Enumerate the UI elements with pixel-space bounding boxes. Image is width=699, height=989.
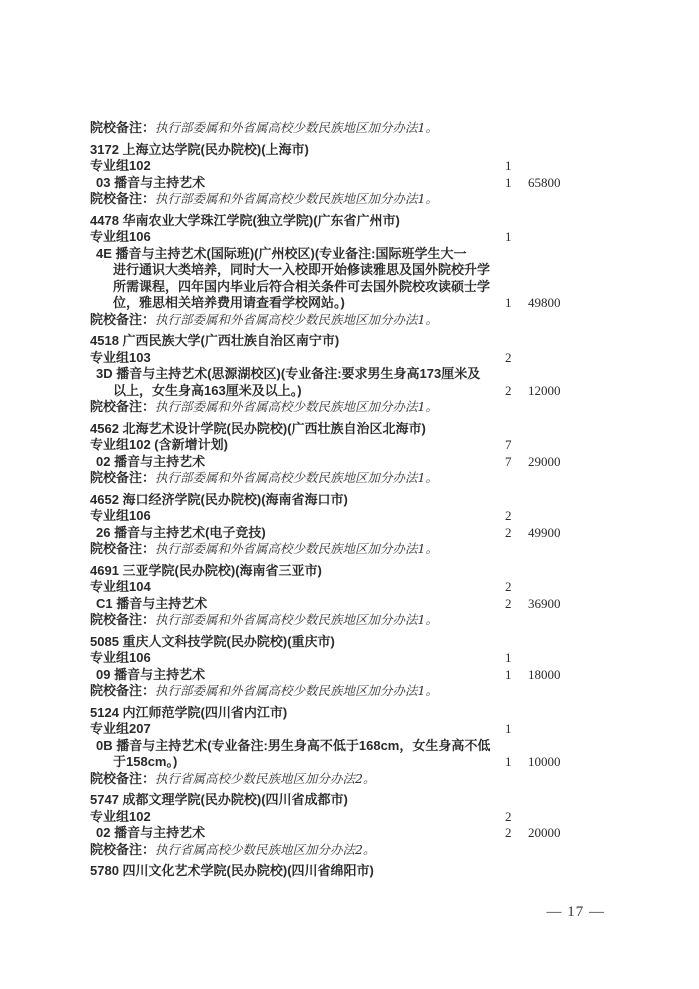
note-line: 院校备注：执行部委属和外省属高校少数民族地区加分办法1。: [90, 470, 615, 487]
program-fee: 49800: [528, 295, 561, 312]
school-line: 4478 华南农业大学珠江学院(独立学院)(广东省广州市): [90, 213, 615, 230]
program-fee: 65800: [528, 175, 561, 192]
note-text: 执行省属高校少数民族地区加分办法2。: [155, 842, 375, 857]
note-line: 院校备注：执行部委属和外省属高校少数民族地区加分办法1。: [90, 191, 615, 208]
admission-list: 院校备注：执行部委属和外省属高校少数民族地区加分办法1。 3172 上海立达学院…: [90, 120, 615, 880]
program-line: 0B 播音与主持艺术(专业备注:男生身高不低于168cm，女生身高不低: [90, 738, 615, 755]
group-label: 专业组102: [90, 809, 151, 824]
note-label: 院校备注：: [90, 312, 155, 327]
program-name: 3D 播音与主持艺术(思源湖校区)(专业备注:要求男生身高173厘米及: [96, 366, 480, 381]
school-line: 5747 成都文理学院(民办院校)(四川省成都市): [90, 792, 615, 809]
program-plan-count: 1: [505, 175, 527, 192]
note-text: 执行部委属和外省属高校少数民族地区加分办法1。: [155, 120, 438, 135]
program-name: 26 播音与主持艺术(电子竞技): [96, 525, 266, 540]
program-name: 4E 播音与主持艺术(国际班)(广州校区)(专业备注:国际班学生大一: [96, 246, 467, 261]
note-line: 院校备注：执行部委属和外省属高校少数民族地区加分办法1。: [90, 683, 615, 700]
group-line: 专业组2071: [90, 721, 615, 738]
note-label: 院校备注：: [90, 683, 155, 698]
school-line: 4562 北海艺术设计学院(民办院校)(广西壮族自治区北海市): [90, 421, 615, 438]
group-label: 专业组207: [90, 721, 151, 736]
note-label: 院校备注：: [90, 842, 155, 857]
note-line: 院校备注：执行省属高校少数民族地区加分办法2。: [90, 771, 615, 788]
group-line: 专业组1032: [90, 350, 615, 367]
program-line-continuation: 于158cm。)110000: [90, 754, 615, 771]
program-line: 26 播音与主持艺术(电子竞技)249900: [90, 525, 615, 542]
note-line: 院校备注：执行部委属和外省属高校少数民族地区加分办法1。: [90, 612, 615, 629]
program-name: 0B 播音与主持艺术(专业备注:男生身高不低于168cm，女生身高不低: [96, 738, 490, 753]
program-plan-count: 2: [505, 825, 527, 842]
note-label: 院校备注：: [90, 191, 155, 206]
program-line: 09 播音与主持艺术118000: [90, 667, 615, 684]
school-line: 4691 三亚学院(民办院校)(海南省三亚市): [90, 563, 615, 580]
group-plan-count: 2: [505, 508, 527, 525]
program-name: 位，雅思相关培养费用请查看学校网站。): [113, 295, 345, 310]
group-plan-count: 2: [505, 579, 527, 596]
group-label: 专业组103: [90, 350, 151, 365]
program-fee: 12000: [528, 383, 561, 400]
school-line: 5780 四川文化艺术学院(民办院校)(四川省绵阳市): [90, 863, 615, 880]
program-line: 3D 播音与主持艺术(思源湖校区)(专业备注:要求男生身高173厘米及: [90, 366, 615, 383]
program-plan-count: 2: [505, 383, 527, 400]
group-line: 专业组102 (含新增计划)7: [90, 437, 615, 454]
group-line: 专业组1022: [90, 809, 615, 826]
group-label: 专业组102 (含新增计划): [90, 437, 228, 452]
program-line: 4E 播音与主持艺术(国际班)(广州校区)(专业备注:国际班学生大一: [90, 246, 615, 263]
program-fee: 10000: [528, 754, 561, 771]
note-text: 执行部委属和外省属高校少数民族地区加分办法1。: [155, 470, 438, 485]
note-text: 执行省属高校少数民族地区加分办法2。: [155, 771, 375, 786]
program-line: 03 播音与主持艺术165800: [90, 175, 615, 192]
note-text: 执行部委属和外省属高校少数民族地区加分办法1。: [155, 191, 438, 206]
program-name: 于158cm。): [113, 754, 177, 769]
program-plan-count: 1: [505, 754, 527, 771]
group-plan-count: 2: [505, 809, 527, 826]
program-name: 进行通识大类培养，同时大一入校即开始修读雅思及国外院校升学: [113, 262, 490, 277]
school-line: 4652 海口经济学院(民办院校)(海南省海口市): [90, 492, 615, 509]
program-name: 02 播音与主持艺术: [96, 825, 205, 840]
note-line: 院校备注：执行部委属和外省属高校少数民族地区加分办法1。: [90, 541, 615, 558]
group-line: 专业组1061: [90, 650, 615, 667]
group-plan-count: 7: [505, 437, 527, 454]
school-line: 4518 广西民族大学(广西壮族自治区南宁市): [90, 333, 615, 350]
note-text: 执行部委属和外省属高校少数民族地区加分办法1。: [155, 541, 438, 556]
note-text: 执行部委属和外省属高校少数民族地区加分办法1。: [155, 612, 438, 627]
group-plan-count: 1: [505, 650, 527, 667]
note-text: 执行部委属和外省属高校少数民族地区加分办法1。: [155, 683, 438, 698]
program-line: 02 播音与主持艺术220000: [90, 825, 615, 842]
note-label: 院校备注：: [90, 771, 155, 786]
note-label: 院校备注：: [90, 470, 155, 485]
program-line-continuation: 进行通识大类培养，同时大一入校即开始修读雅思及国外院校升学: [90, 262, 615, 279]
program-plan-count: 1: [505, 667, 527, 684]
program-fee: 18000: [528, 667, 561, 684]
note-label: 院校备注：: [90, 120, 155, 135]
program-plan-count: 2: [505, 596, 527, 613]
program-line: C1 播音与主持艺术236900: [90, 596, 615, 613]
school-line: 3172 上海立达学院(民办院校)(上海市): [90, 142, 615, 159]
group-line: 专业组1042: [90, 579, 615, 596]
program-line-continuation: 以上，女生身高163厘米及以上。)212000: [90, 383, 615, 400]
group-label: 专业组106: [90, 508, 151, 523]
program-plan-count: 1: [505, 295, 527, 312]
group-line: 专业组1062: [90, 508, 615, 525]
school-line: 5085 重庆人文科技学院(民办院校)(重庆市): [90, 634, 615, 651]
group-plan-count: 2: [505, 350, 527, 367]
program-plan-count: 7: [505, 454, 527, 471]
group-label: 专业组102: [90, 158, 151, 173]
group-plan-count: 1: [505, 721, 527, 738]
program-fee: 20000: [528, 825, 561, 842]
note-line: 院校备注：执行部委属和外省属高校少数民族地区加分办法1。: [90, 399, 615, 416]
school-line: 5124 内江师范学院(四川省内江市): [90, 705, 615, 722]
page-number: — 17 —: [547, 904, 606, 921]
note-text: 执行部委属和外省属高校少数民族地区加分办法1。: [155, 399, 438, 414]
program-fee: 29000: [528, 454, 561, 471]
document-page: 院校备注：执行部委属和外省属高校少数民族地区加分办法1。 3172 上海立达学院…: [0, 0, 699, 989]
program-fee: 36900: [528, 596, 561, 613]
program-line: 02 播音与主持艺术729000: [90, 454, 615, 471]
group-label: 专业组106: [90, 650, 151, 665]
note-line: 院校备注：执行部委属和外省属高校少数民族地区加分办法1。: [90, 312, 615, 329]
program-name: 所需课程，四年国内毕业后符合相关条件可去国外院校攻读硕士学: [113, 279, 490, 294]
program-name: 02 播音与主持艺术: [96, 454, 205, 469]
note-label: 院校备注：: [90, 541, 155, 556]
program-fee: 49900: [528, 525, 561, 542]
program-name: 03 播音与主持艺术: [96, 175, 205, 190]
program-name: 09 播音与主持艺术: [96, 667, 205, 682]
program-name: C1 播音与主持艺术: [96, 596, 207, 611]
note-line: 院校备注：执行部委属和外省属高校少数民族地区加分办法1。: [90, 120, 615, 137]
note-label: 院校备注：: [90, 612, 155, 627]
note-label: 院校备注：: [90, 399, 155, 414]
program-plan-count: 2: [505, 525, 527, 542]
group-line: 专业组1061: [90, 229, 615, 246]
note-text: 执行部委属和外省属高校少数民族地区加分办法1。: [155, 312, 438, 327]
group-plan-count: 1: [505, 229, 527, 246]
program-name: 以上，女生身高163厘米及以上。): [113, 383, 302, 398]
program-line-continuation: 所需课程，四年国内毕业后符合相关条件可去国外院校攻读硕士学: [90, 279, 615, 296]
group-label: 专业组104: [90, 579, 151, 594]
group-label: 专业组106: [90, 229, 151, 244]
group-line: 专业组1021: [90, 158, 615, 175]
group-plan-count: 1: [505, 158, 527, 175]
note-line: 院校备注：执行省属高校少数民族地区加分办法2。: [90, 842, 615, 859]
program-line-continuation: 位，雅思相关培养费用请查看学校网站。)149800: [90, 295, 615, 312]
